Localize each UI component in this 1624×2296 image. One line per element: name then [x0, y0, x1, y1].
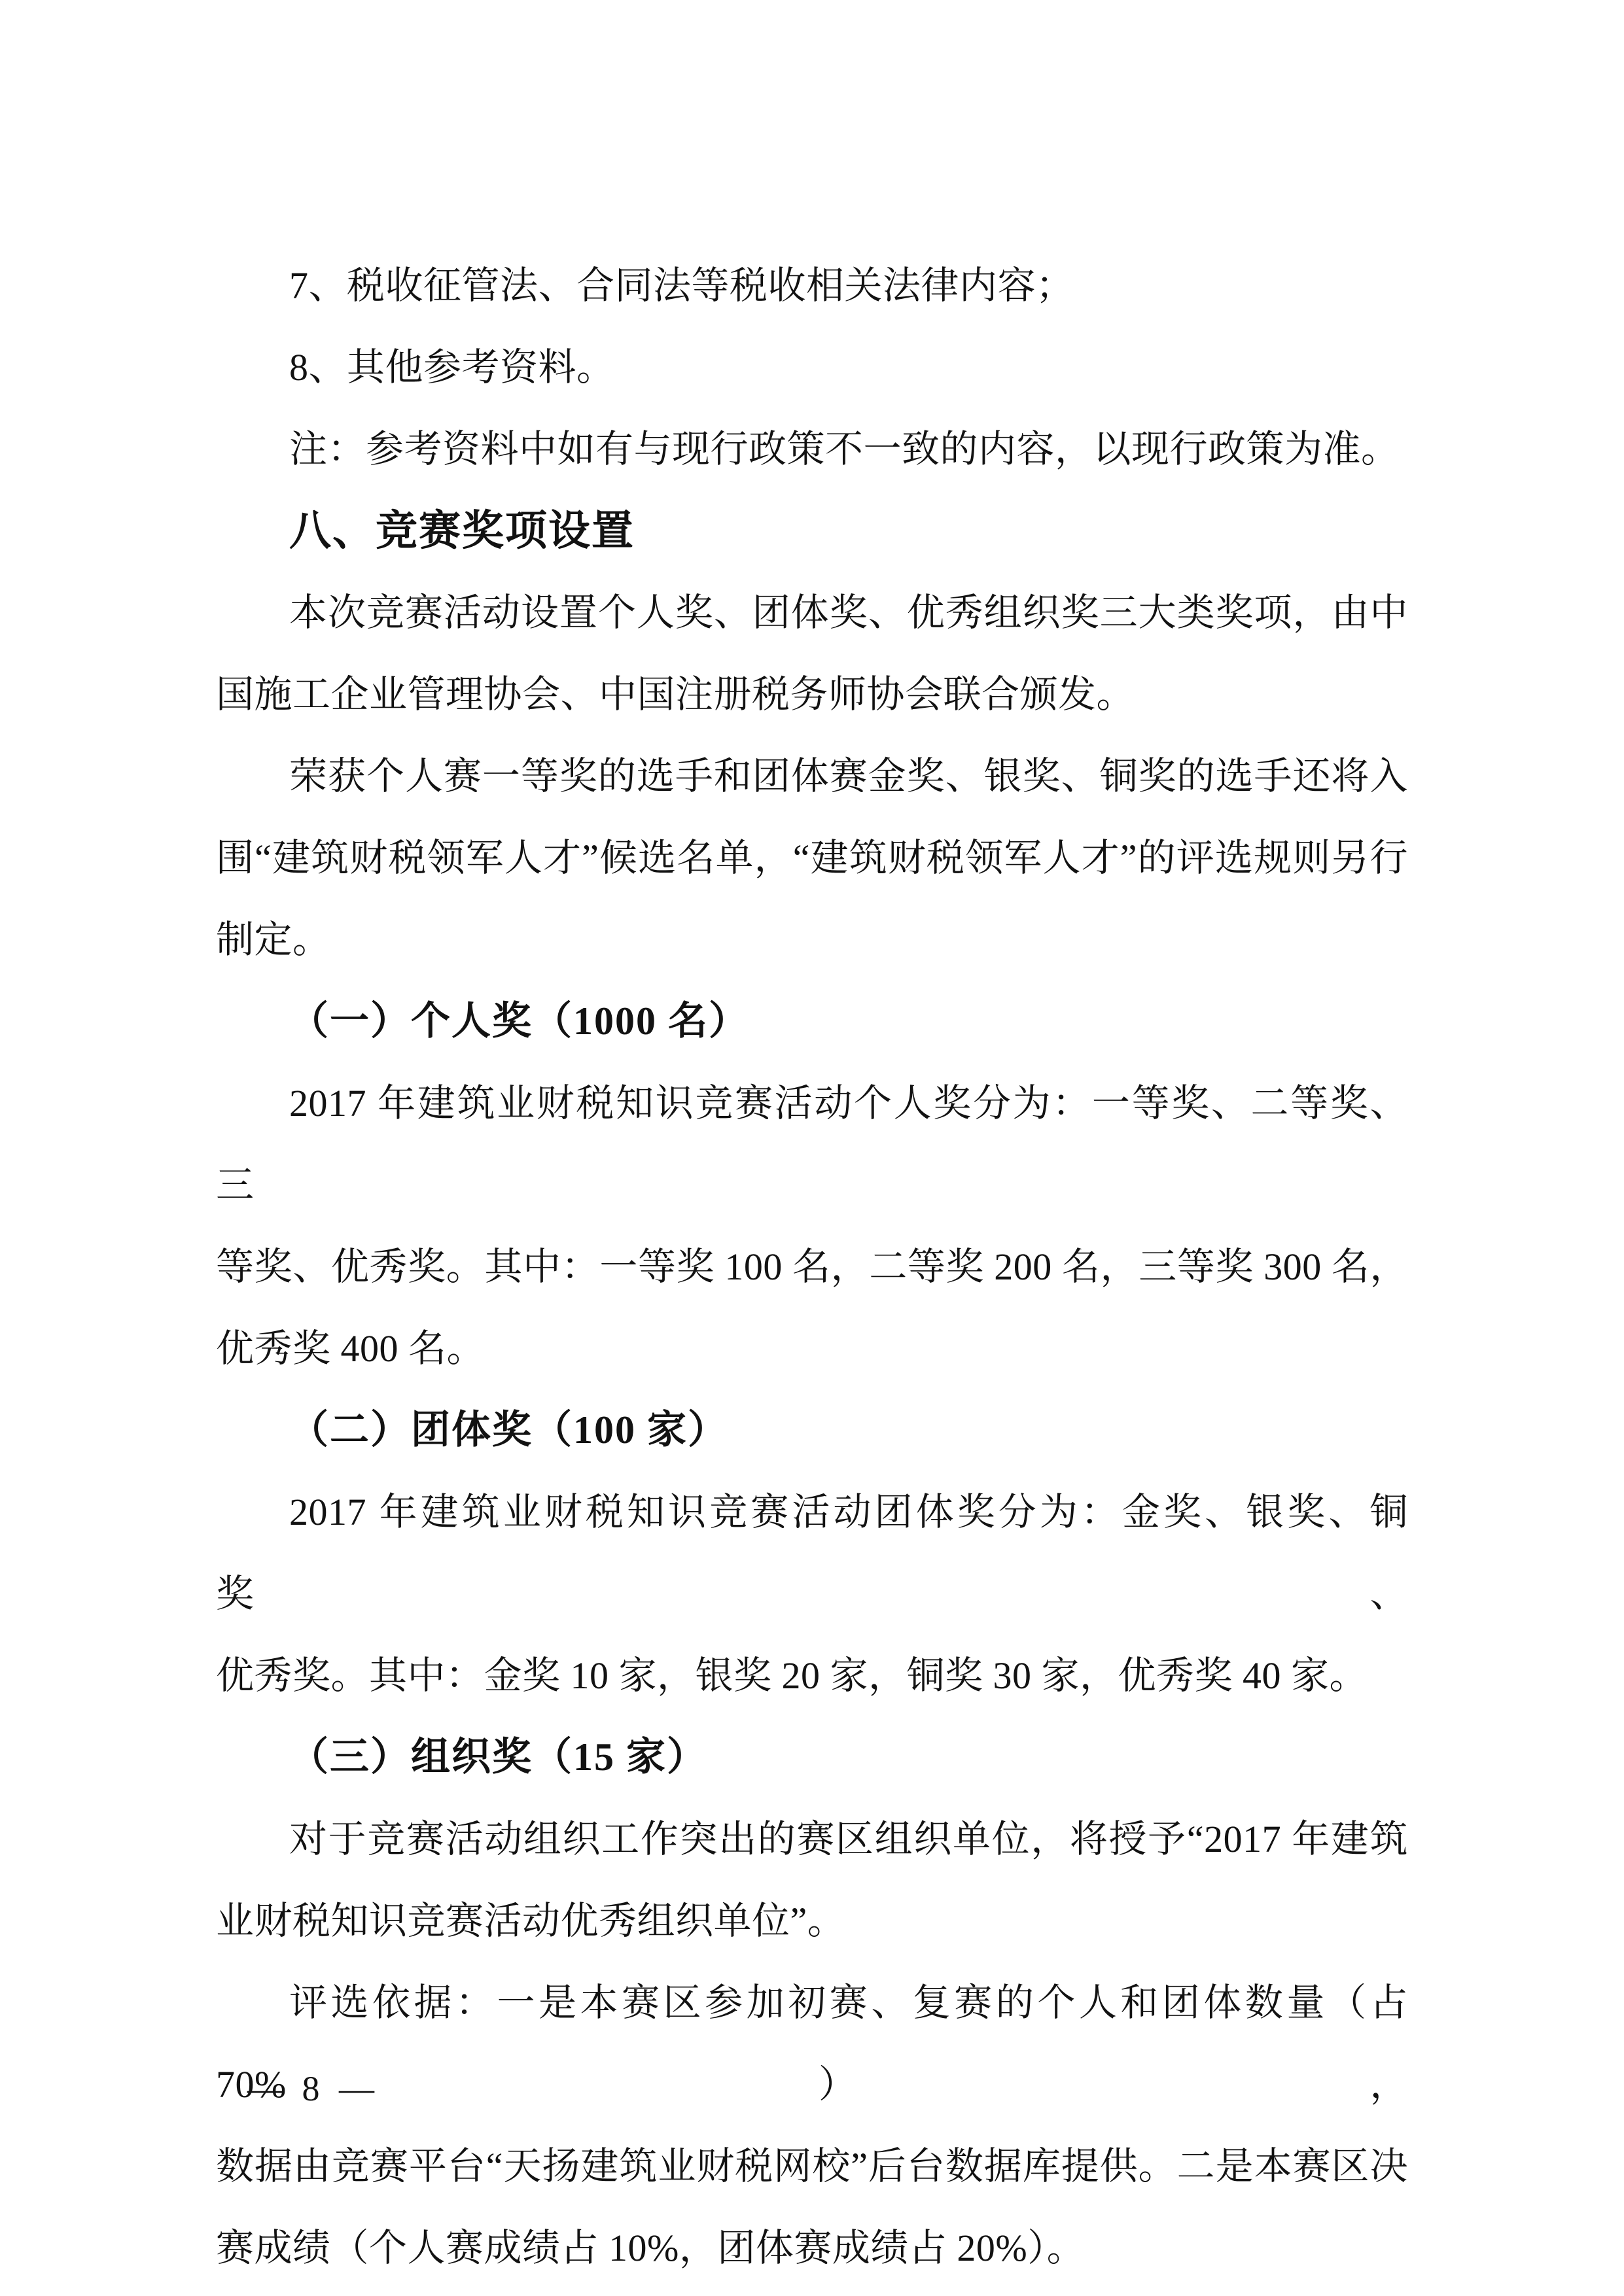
text-line: 优秀奖 400 名。	[216, 1308, 1408, 1389]
subsection-heading: （二）团体奖（100 家）	[216, 1389, 1408, 1471]
text-line: 等奖、优秀奖。其中：一等奖 100 名，二等奖 200 名，三等奖 300 名，	[216, 1226, 1408, 1308]
text-line: 国施工企业管理协会、中国注册税务师协会联合颁发。	[216, 653, 1408, 735]
subsection-heading: （三）组织奖（15 家）	[216, 1716, 1408, 1798]
text-line: 2017 年建筑业财税知识竞赛活动团体奖分为：金奖、银奖、铜奖、	[216, 1471, 1408, 1635]
text-line: 对于竞赛活动组织工作突出的赛区组织单位，将授予“2017 年建筑	[216, 1798, 1408, 1880]
document-page: 7、税收征管法、合同法等税收相关法律内容； 8、其他参考资料。 注：参考资料中如…	[0, 0, 1624, 2296]
text-line: 制定。	[216, 899, 1408, 981]
text-line: 赛成绩（个人赛成绩占 10%，团体赛成绩占 20%）。	[216, 2207, 1408, 2289]
text-line: 评选依据：一是本赛区参加初赛、复赛的个人和团体数量（占 70%），	[216, 1962, 1408, 2125]
subsection-heading: （一）个人奖（1000 名）	[216, 981, 1408, 1062]
text-line: 优秀奖。其中：金奖 10 家，银奖 20 家，铜奖 30 家，优秀奖 40 家。	[216, 1635, 1408, 1716]
page-number: — 8 —	[247, 2059, 374, 2118]
text-line: 数据由竞赛平台“天扬建筑业财税网校”后台数据库提供。二是本赛区决	[216, 2125, 1408, 2207]
section-heading: 八、竞赛奖项设置	[216, 490, 1408, 572]
text-line: 8、其他参考资料。	[216, 326, 1408, 408]
text-line: 围“建筑财税领军人才”候选名单，“建筑财税领军人才”的评选规则另行	[216, 817, 1408, 899]
document-body: 7、税收征管法、合同法等税收相关法律内容； 8、其他参考资料。 注：参考资料中如…	[216, 245, 1408, 2289]
text-line: 业财税知识竞赛活动优秀组织单位”。	[216, 1880, 1408, 1962]
text-line: 荣获个人赛一等奖的选手和团体赛金奖、银奖、铜奖的选手还将入	[216, 735, 1408, 817]
text-line: 2017 年建筑业财税知识竞赛活动个人奖分为：一等奖、二等奖、三	[216, 1062, 1408, 1226]
text-line: 本次竞赛活动设置个人奖、团体奖、优秀组织奖三大类奖项，由中	[216, 572, 1408, 653]
text-line: 注：参考资料中如有与现行政策不一致的内容，以现行政策为准。	[216, 408, 1408, 490]
text-line: 7、税收征管法、合同法等税收相关法律内容；	[216, 245, 1408, 326]
